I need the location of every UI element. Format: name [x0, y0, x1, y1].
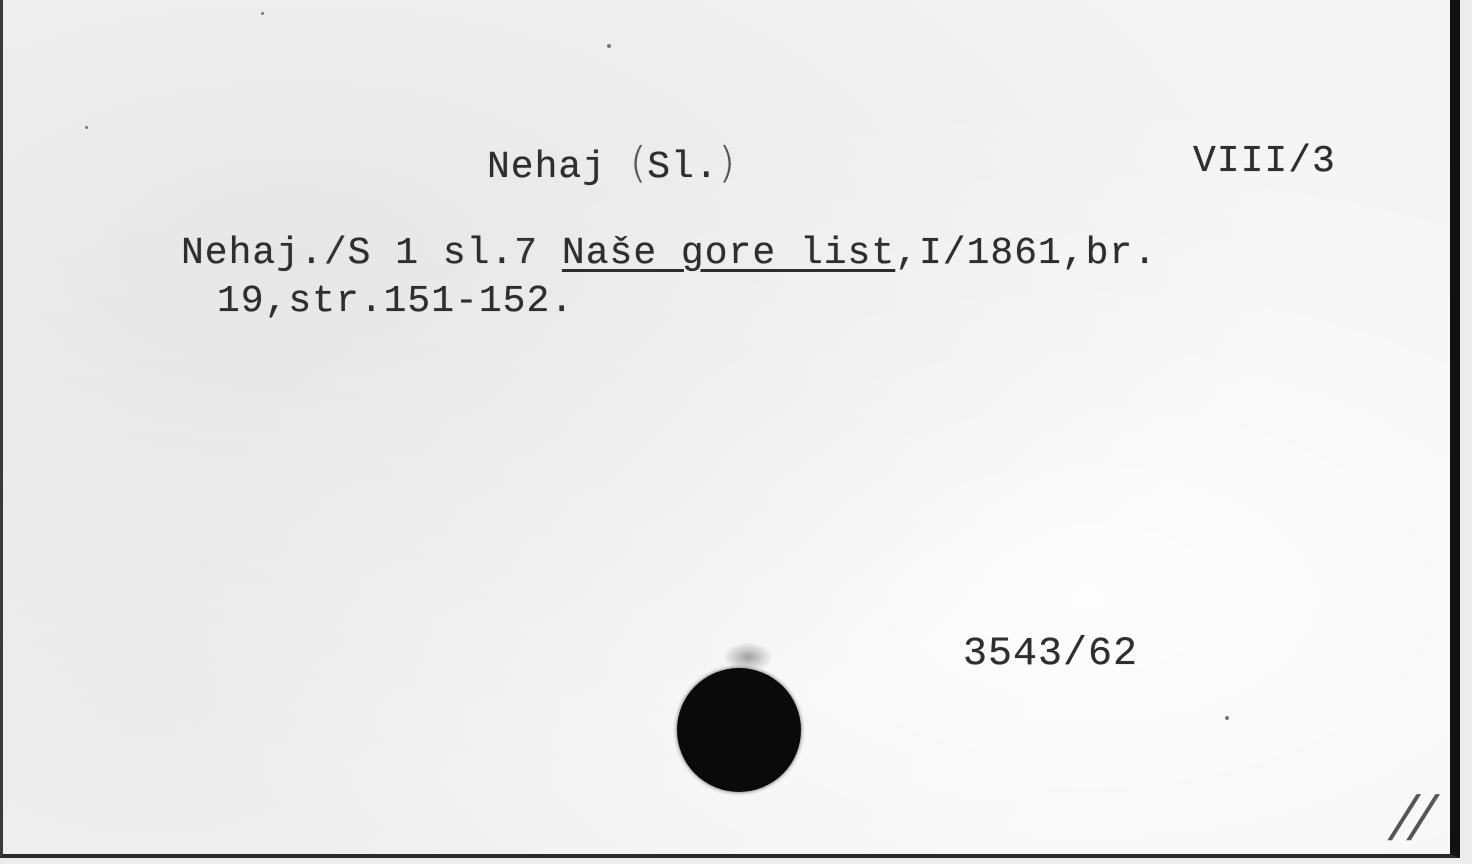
accession-number: 3543/62: [963, 632, 1138, 677]
handwritten-mark: //: [1384, 784, 1443, 849]
catalog-card: Nehaj (Sl.) VIII/3 Nehaj./S 1 sl.7 Naše …: [0, 0, 1460, 858]
open-paren: (: [630, 138, 647, 187]
citation-line-1: Nehaj./S 1 sl.7 Naše gore list,I/1861,br…: [181, 232, 1157, 275]
paper-speck: [1225, 716, 1229, 720]
citation-details: ,I/1861,br.: [895, 232, 1157, 275]
classification-code: VIII/3: [1193, 140, 1336, 183]
bracket-open: /: [324, 232, 348, 275]
punch-hole: [677, 668, 801, 792]
paper-speck: [261, 12, 264, 15]
publication-title: Naše gore list: [562, 232, 895, 275]
heading-author: Nehaj (Sl.): [487, 138, 736, 189]
heading-name-text: Nehaj: [487, 146, 606, 189]
citation-line-2: 19,str.151-152.: [217, 280, 574, 323]
heading-qualifier: Sl.: [647, 146, 718, 189]
close-paren: ): [719, 138, 736, 187]
citation-attribution: S 1 sl.: [348, 232, 515, 275]
bracket-close: 7: [514, 232, 538, 275]
paper-speck: [607, 44, 611, 48]
paper-speck: [85, 126, 88, 129]
citation-author: Nehaj.: [181, 232, 324, 275]
